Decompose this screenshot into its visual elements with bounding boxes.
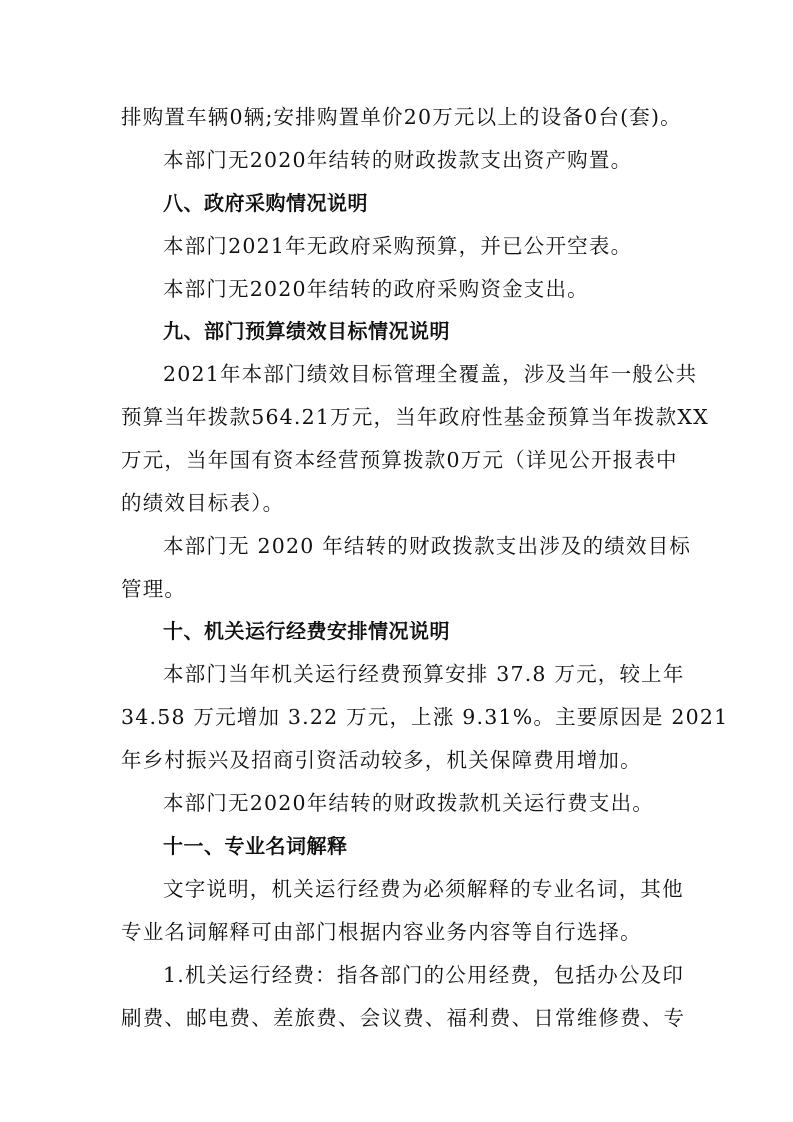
paragraph-line: 刷费、邮电费、差旅费、会议费、福利费、日常维修费、专 — [121, 1001, 673, 1035]
section-heading-performance-targets: 九、部门预算绩效目标情况说明 — [163, 314, 673, 348]
paragraph-line: 专业名词解释可由部门根据内容业务内容等自行选择。 — [121, 915, 673, 949]
paragraph-line: 管理。 — [121, 572, 673, 606]
section-heading-operating-expenses: 十、机关运行经费安排情况说明 — [163, 614, 673, 648]
paragraph-line: 万元，当年国有资本经营预算拨款0万元（详见公开报表中 — [121, 443, 673, 477]
paragraph-line: 本部门无2020年结转的财政拨款支出资产购置。 — [163, 143, 673, 177]
paragraph-line: 预算当年拨款564.21万元，当年政府性基金预算当年拨款XX — [121, 400, 673, 434]
paragraph-line: 排购置车辆0辆;安排购置单价20万元以上的设备0台(套)。 — [121, 100, 673, 134]
paragraph-line: 1.机关运行经费：指各部门的公用经费，包括办公及印 — [163, 958, 673, 992]
paragraph-line: 文字说明，机关运行经费为必须解释的专业名词，其他 — [163, 872, 673, 906]
paragraph-line: 本部门2021年无政府采购预算，并已公开空表。 — [163, 229, 673, 263]
paragraph-line: 本部门无2020年结转的政府采购资金支出。 — [163, 272, 673, 306]
section-heading-glossary: 十一、专业名词解释 — [163, 829, 673, 863]
paragraph-line: 2021年本部门绩效目标管理全覆盖，涉及当年一般公共 — [163, 357, 673, 391]
paragraph-line: 的绩效目标表）。 — [121, 486, 673, 520]
paragraph-line: 本部门无2020年结转的财政拨款机关运行费支出。 — [163, 786, 673, 820]
paragraph-line: 34.58 万元增加 3.22 万元，上涨 9.31%。主要原因是 2021 — [121, 700, 673, 734]
paragraph-line: 本部门当年机关运行经费预算安排 37.8 万元，较上年 — [163, 657, 673, 691]
paragraph-line: 年乡村振兴及招商引资活动较多，机关保障费用增加。 — [121, 743, 673, 777]
paragraph-line: 本部门无 2020 年结转的财政拨款支出涉及的绩效目标 — [163, 529, 673, 563]
section-heading-government-procurement: 八、政府采购情况说明 — [163, 186, 673, 220]
